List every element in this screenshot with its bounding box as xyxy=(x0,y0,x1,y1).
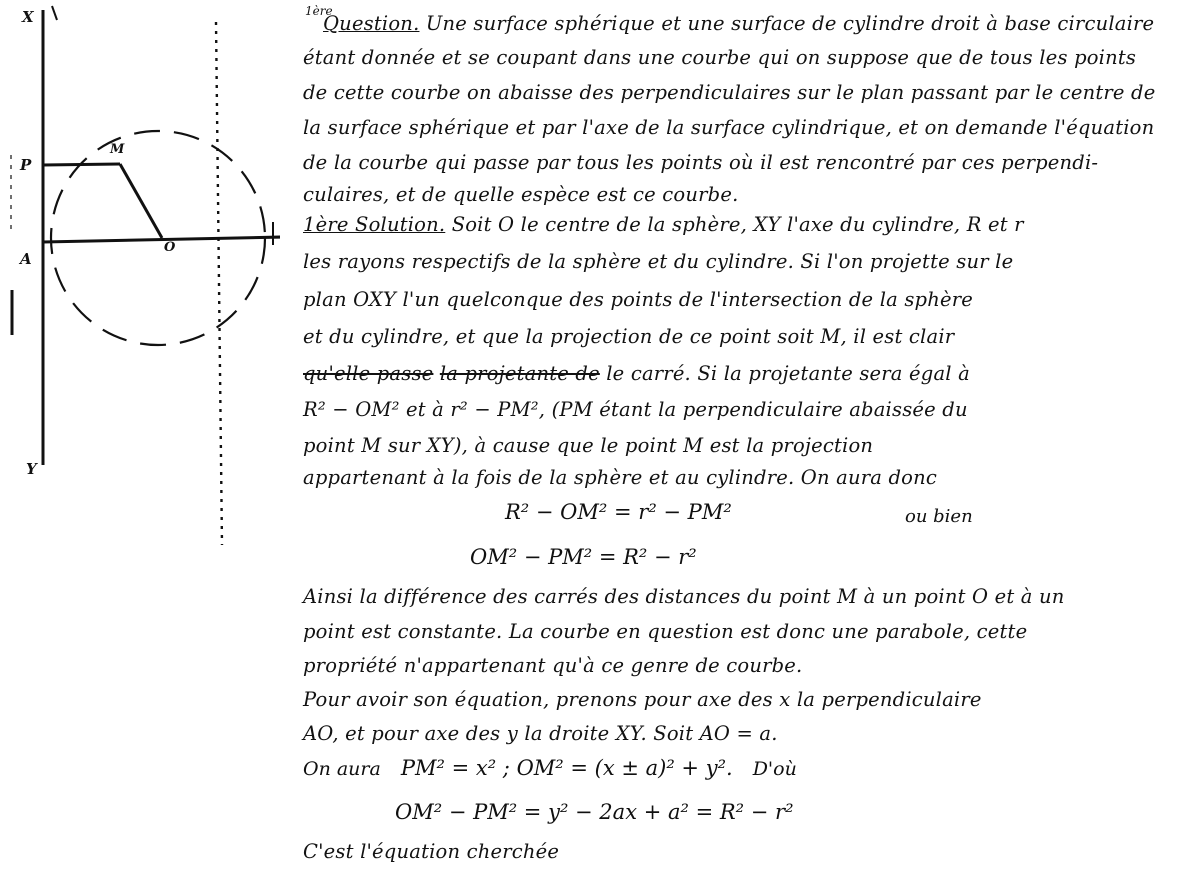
question-line-6: culaires, et de quelle espèce est ce cou… xyxy=(303,183,738,206)
conclusion-line-3: propriété n'appartenant qu'à ce genre de… xyxy=(303,654,802,677)
equation-1-suffix: ou bien xyxy=(905,506,973,527)
conclusion-line-1: Ainsi la différence des carrés des dista… xyxy=(303,585,1065,608)
question-line-1: Question. Une surface sphérique et une s… xyxy=(323,12,1154,35)
equation-2: OM² − PM² = R² − r² xyxy=(470,545,697,569)
solution-line-3: plan OXY l'un quelconque des points de l… xyxy=(303,288,973,311)
solution-label: 1ère Solution. xyxy=(303,213,445,236)
label-a: A xyxy=(20,250,32,268)
solution-line-6: R² − OM² et à r² − PM², (PM étant la per… xyxy=(303,398,968,421)
geometric-diagram: X Y P A M O xyxy=(0,0,280,560)
equation-3: On aura PM² = x² ; OM² = (x ± a)² + y². … xyxy=(303,756,797,780)
label-m: M xyxy=(110,142,124,157)
struck-text-1: qu'elle passe xyxy=(303,362,433,385)
final-line: C'est l'équation cherchée xyxy=(303,840,559,863)
label-o: O xyxy=(164,240,175,255)
question-line-3: de cette courbe on abaisse des perpendic… xyxy=(303,81,1155,104)
question-line-4: la surface sphérique et par l'axe de la … xyxy=(303,116,1154,139)
question-line-2: étant donnée et se coupant dans une cour… xyxy=(303,46,1136,69)
question-line-5: de la courbe qui passe par tous les poin… xyxy=(303,151,1098,174)
solution-line-7: point M sur XY), à cause que le point M … xyxy=(303,434,873,457)
manuscript-text: 1ère Question. Une surface sphérique et … xyxy=(285,0,1200,884)
solution-line-2: les rayons respectifs de la sphère et du… xyxy=(303,250,1013,273)
struck-text-2: la projetante de xyxy=(440,362,600,385)
solution-line-5: qu'elle passe la projetante de le carré.… xyxy=(303,362,970,385)
solution-line-8: appartenant à la fois de la sphère et au… xyxy=(303,466,937,489)
solution-line-1: 1ère Solution. Soit O le centre de la sp… xyxy=(303,213,1024,236)
conclusion-line-5: AO, et pour axe des y la droite XY. Soit… xyxy=(303,722,778,745)
solution-line-4: et du cylindre, et que la projection de … xyxy=(303,325,954,348)
conclusion-line-4: Pour avoir son équation, prenons pour ax… xyxy=(303,688,982,711)
question-label: Question. xyxy=(323,12,419,35)
label-p: P xyxy=(20,156,31,174)
diagram-figure xyxy=(0,0,280,560)
label-x: X xyxy=(22,8,34,26)
equation-4: OM² − PM² = y² − 2ax + a² = R² − r² xyxy=(395,800,794,824)
conclusion-line-2: point est constante. La courbe en questi… xyxy=(303,620,1027,643)
label-y: Y xyxy=(26,460,37,478)
equation-1: R² − OM² = r² − PM² xyxy=(505,500,732,524)
